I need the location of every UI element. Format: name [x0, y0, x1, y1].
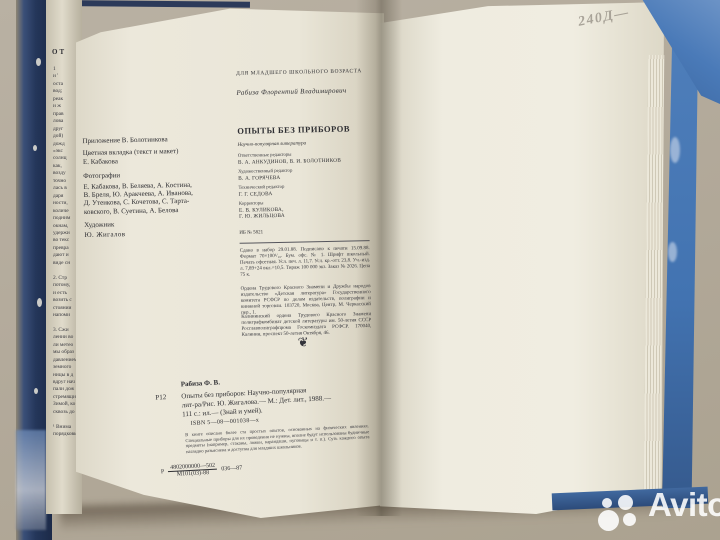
cover-scuff [668, 242, 677, 262]
spine-wear-spot [33, 145, 37, 151]
credit-color-insert: Цветная вкладка (текст и макет)Е. Кабако… [83, 147, 179, 167]
book-gutter-shadow [356, 0, 402, 516]
buried-page-header: ОТ [52, 48, 66, 56]
credit-appendix: Приложение В. Болотинкова [82, 135, 167, 145]
catalog-index: Р12 [155, 393, 166, 402]
credit-photos-heading: Фотографии [83, 171, 120, 180]
credit-photographers: Е. Кабакова, В. Беляева, А. Костина,В. Б… [83, 181, 193, 216]
catalog-description: Опыты без приборов: Научно-популярнаялит… [181, 383, 382, 420]
production-data: Сдано в набор 29.01.88. Подписано к печа… [240, 246, 371, 279]
spine-worn-corner [16, 430, 46, 530]
avito-logo-icon [602, 498, 612, 508]
credit-artist-name: Ю. Жигалов [84, 230, 125, 239]
credit-artist-heading: Художник [84, 220, 114, 229]
catalog-author: Рабиза Ф. В. [181, 378, 221, 388]
genre-line: Научно-популярная литература [238, 141, 307, 147]
ib-number: ИБ № 5821 [239, 230, 263, 235]
staff-list: Ответственные редакторыВ. А. АНКУДИНОВ, … [238, 151, 371, 224]
divider-rule [240, 240, 370, 244]
spine-wear-spot [34, 388, 38, 394]
left-page: Приложение В. Болотинкова Цветная вкладк… [76, 4, 384, 518]
spine-wear-spot [36, 58, 41, 66]
handwritten-price-note: 240Д— [577, 5, 631, 31]
right-blank-page: 240Д— [380, 0, 664, 514]
watermark-text: Avito [648, 486, 720, 524]
avito-watermark: Avito [596, 484, 720, 536]
udc-suffix: 036—87 [221, 465, 242, 472]
udc-formula: Р4802000000—502М101(03)-88036—87 [161, 461, 243, 478]
avito-logo-icon [598, 510, 619, 531]
publisher-fleuron-icon: ❦ [298, 335, 309, 350]
udc-denominator: М101(03)-88 [168, 470, 217, 478]
left-page-content: Приложение В. Болотинкова Цветная вкладк… [71, 1, 390, 521]
audience-line: ДЛЯ МЛАДШЕГО ШКОЛЬНОГО ВОЗРАСТА [236, 68, 362, 77]
annotation-text: В книге описано более ста простых опытов… [185, 423, 370, 454]
avito-logo-icon [618, 495, 633, 510]
udc-prefix: Р [161, 469, 165, 475]
book-title: ОПЫТЫ БЕЗ ПРИБОРОВ [237, 123, 350, 135]
cover-scuff [670, 137, 680, 163]
isbn-line: ISBN 5—08—001038—х [191, 418, 260, 427]
author-full-name: Рабиза Флорентий Владимирович [236, 87, 346, 97]
avito-logo-icon [623, 513, 636, 526]
spine-wear-spot [37, 298, 42, 307]
